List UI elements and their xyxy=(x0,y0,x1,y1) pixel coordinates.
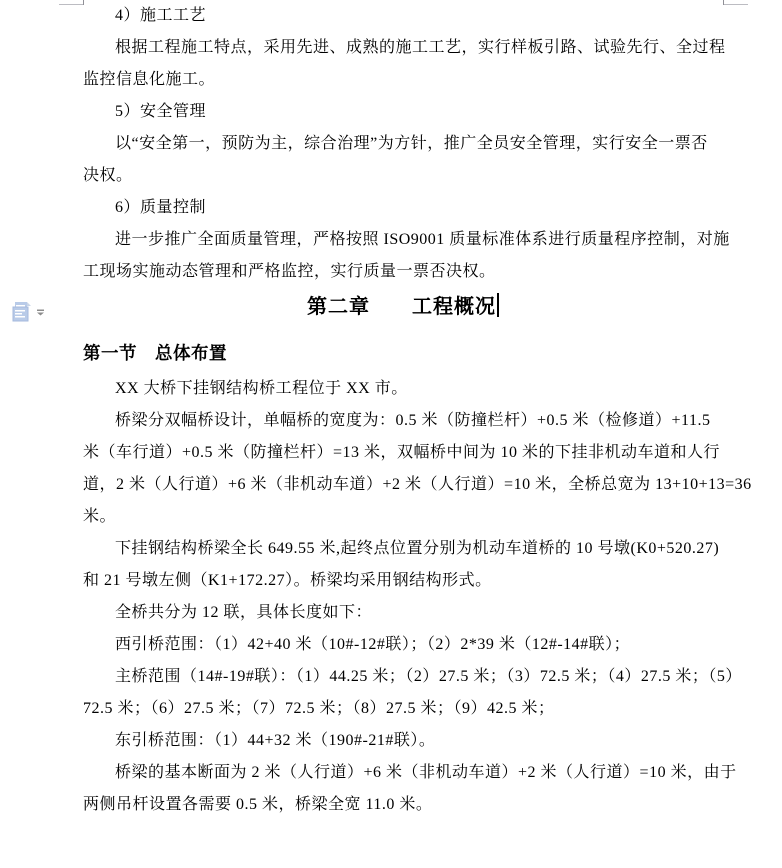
chapter-heading-text: 第二章 工程概况 xyxy=(307,296,496,318)
text-line[interactable]: 工现场实施动态管理和严格监控，实行质量一票否决权。 xyxy=(83,256,728,288)
text-line[interactable]: 米（车行道）+0.5 米（防撞栏杆）=13 米，双幅桥中间为 10 米的下挂非机… xyxy=(83,437,728,469)
text-line[interactable]: 5）安全管理 xyxy=(83,96,760,128)
text-line[interactable]: 桥梁分双幅桥设计，单幅桥的宽度为：0.5 米（防撞栏杆）+0.5 米（检修道）+… xyxy=(83,405,760,437)
text-line[interactable]: 米。 xyxy=(83,501,728,533)
text-line[interactable]: 两侧吊杆设置各需要 0.5 米，桥梁全宽 11.0 米。 xyxy=(83,789,728,821)
text-line[interactable]: 和 21 号墩左侧（K1+172.27）。桥梁均采用钢结构形式。 xyxy=(83,565,728,597)
text-line[interactable]: 西引桥范围：（1）42+40 米（10#-12#联）；（2）2*39 米（12#… xyxy=(83,629,760,661)
text-line[interactable]: 全桥共分为 12 联，具体长度如下： xyxy=(83,597,760,629)
text-cursor xyxy=(497,293,499,317)
text-area[interactable]: 4）施工工艺根据工程施工特点，采用先进、成熟的施工工艺，实行样板引路、试验先行、… xyxy=(0,0,782,868)
text-line[interactable]: 72.5 米；（6）27.5 米；（7）72.5 米；（8）27.5 米；（9）… xyxy=(83,693,728,725)
chapter-heading[interactable]: 第二章 工程概况 xyxy=(83,287,723,327)
text-line[interactable]: 进一步推广全面质量管理，严格按照 ISO9001 质量标准体系进行质量程序控制，… xyxy=(83,224,760,256)
text-line[interactable]: 监控信息化施工。 xyxy=(83,64,728,96)
section-heading[interactable]: 第一节 总体布置 xyxy=(83,337,723,369)
text-line[interactable]: 决权。 xyxy=(83,160,728,192)
text-line[interactable]: 根据工程施工特点，采用先进、成熟的施工工艺，实行样板引路、试验先行、全过程 xyxy=(83,32,760,64)
text-line[interactable]: 下挂钢结构桥梁全长 649.55 米,起终点位置分别为机动车道桥的 10 号墩(… xyxy=(83,533,760,565)
text-line[interactable]: 桥梁的基本断面为 2 米（人行道）+6 米（非机动车道）+2 米（人行道）=10… xyxy=(83,757,760,789)
text-line[interactable]: 4）施工工艺 xyxy=(83,0,760,32)
text-line[interactable]: 主桥范围（14#-19#联）：（1）44.25 米；（2）27.5 米；（3）7… xyxy=(83,661,760,693)
text-line[interactable]: 道，2 米（人行道）+6 米（非机动车道）+2 米（人行道）=10 米，全桥总宽… xyxy=(83,469,728,501)
text-line[interactable]: 东引桥范围：（1）44+32 米（190#-21#联）。 xyxy=(83,725,760,757)
text-line[interactable]: 以“安全第一，预防为主，综合治理”为方针，推广全员安全管理，实行安全一票否 xyxy=(83,128,760,160)
text-line[interactable]: 6）质量控制 xyxy=(83,192,760,224)
document-page: 4）施工工艺根据工程施工特点，采用先进、成熟的施工工艺，实行样板引路、试验先行、… xyxy=(0,0,782,868)
text-line[interactable]: XX 大桥下挂钢结构桥工程位于 XX 市。 xyxy=(83,373,760,405)
